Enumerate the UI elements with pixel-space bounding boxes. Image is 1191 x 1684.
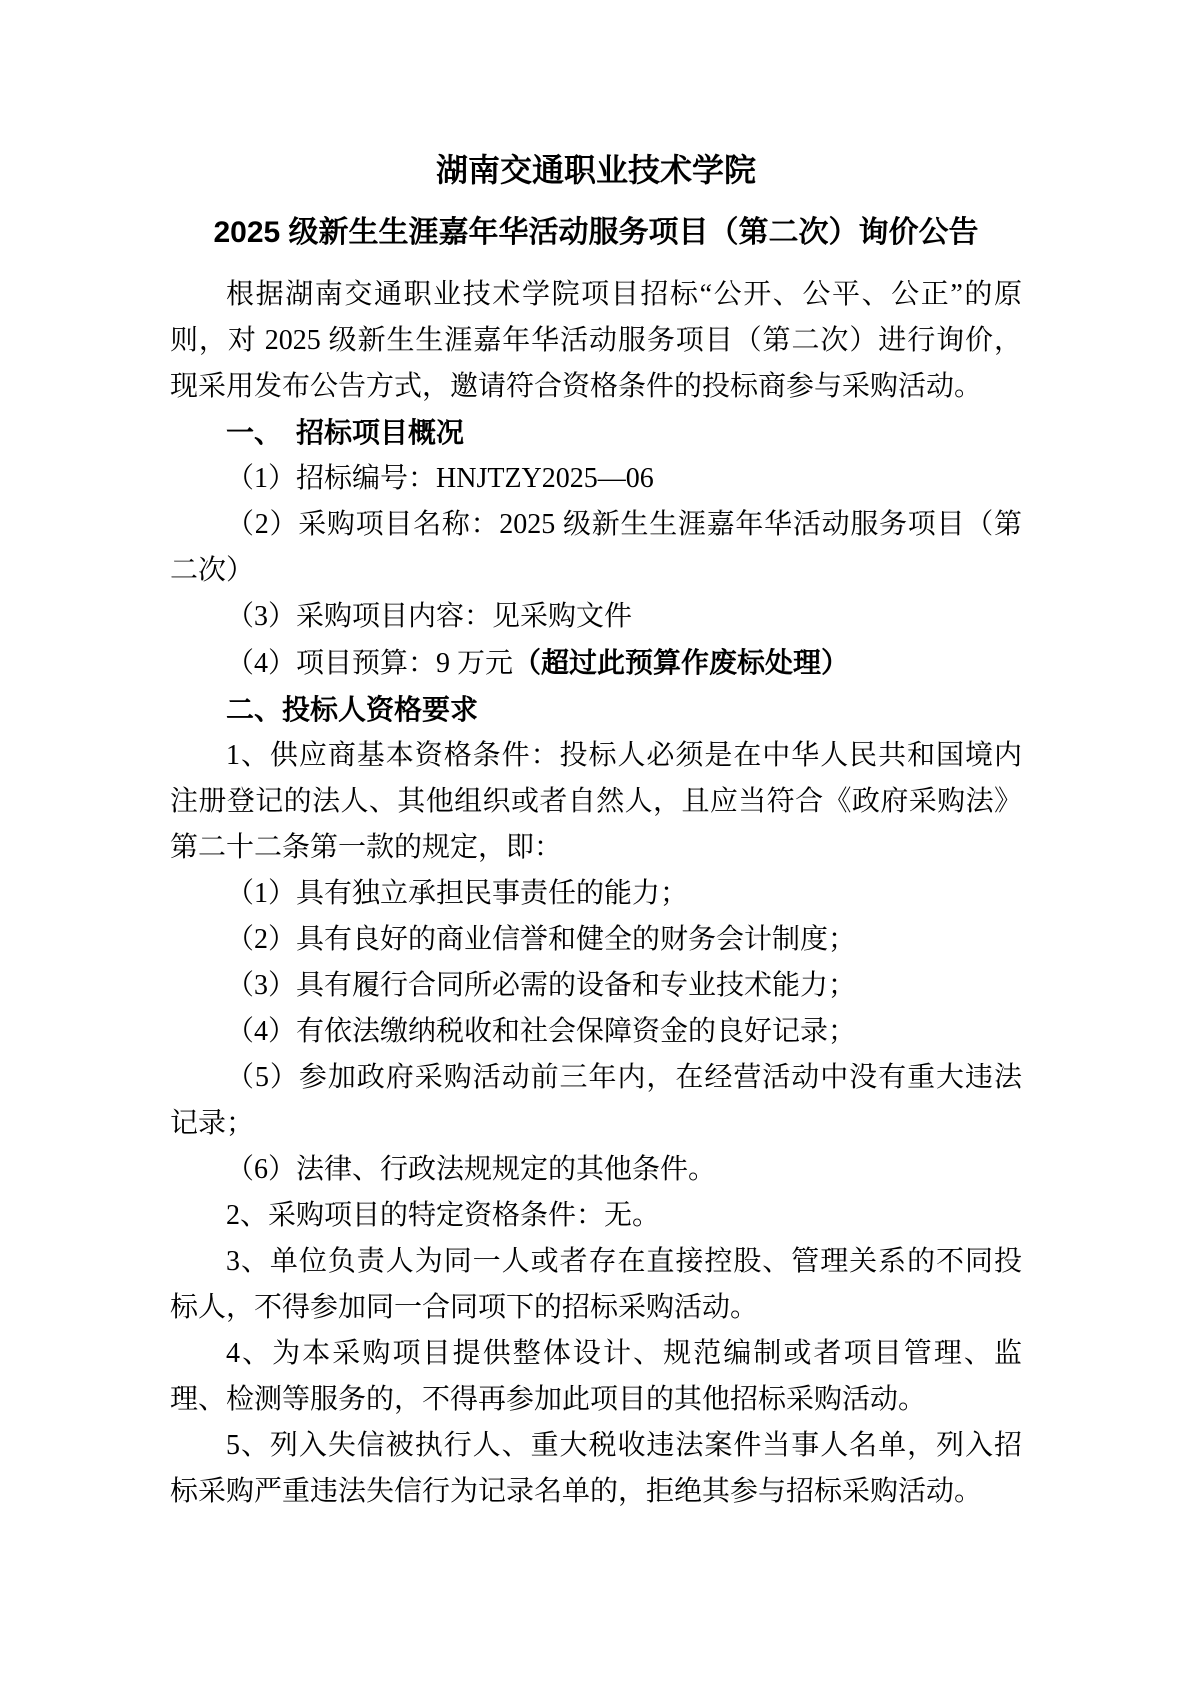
section2-item-basic-qualification: 1、供应商基本资格条件：投标人必须是在中华人民共和国境内注册登记的法人、其他组织… <box>170 733 1022 871</box>
qualification-sub-3: （3）具有履行合同所必需的设备和专业技术能力； <box>170 963 1022 1009</box>
section1-item-project-name: （2）采购项目名称：2025 级新生生涯嘉年华活动服务项目（第二次） <box>170 502 1022 594</box>
document-subtitle: 2025 级新生生涯嘉年华活动服务项目（第二次）询价公告 <box>170 202 1022 264</box>
qualification-sub-2: （2）具有良好的商业信誉和健全的财务会计制度； <box>170 917 1022 963</box>
budget-bold-note: （超过此预算作废标处理） <box>513 647 849 678</box>
document-content: 湖南交通职业技术学院 2025 级新生生涯嘉年华活动服务项目（第二次）询价公告 … <box>170 138 1022 1515</box>
section1-heading: 一、 招标项目概况 <box>170 410 1022 456</box>
section2-item-dishonesty-rule: 5、列入失信被执行人、重大税收违法案件当事人名单，列入招标采购严重违法失信行为记… <box>170 1423 1022 1515</box>
qualification-sub-6: （6）法律、行政法规规定的其他条件。 <box>170 1147 1022 1193</box>
section1-item-budget: （4）项目预算：9 万元（超过此预算作废标处理） <box>170 640 1022 687</box>
section2-item-same-leader-rule: 3、单位负责人为同一人或者存在直接控股、管理关系的不同投标人，不得参加同一合同项… <box>170 1239 1022 1331</box>
section2-heading: 二、投标人资格要求 <box>170 687 1022 733</box>
section1-item-tender-number: （1）招标编号：HNJTZY2025—06 <box>170 456 1022 502</box>
document-page: 湖南交通职业技术学院 2025 级新生生涯嘉年华活动服务项目（第二次）询价公告 … <box>0 0 1191 1684</box>
section2-item-specific-qualification: 2、采购项目的特定资格条件：无。 <box>170 1193 1022 1239</box>
budget-text: （4）项目预算：9 万元 <box>226 648 513 679</box>
qualification-sub-1: （1）具有独立承担民事责任的能力； <box>170 871 1022 917</box>
section2-item-design-service-rule: 4、为本采购项目提供整体设计、规范编制或者项目管理、监理、检测等服务的，不得再参… <box>170 1331 1022 1423</box>
section1-item-project-content: （3）采购项目内容：见采购文件 <box>170 594 1022 640</box>
qualification-sub-5: （5）参加政府采购活动前三年内，在经营活动中没有重大违法记录； <box>170 1055 1022 1147</box>
qualification-sub-4: （4）有依法缴纳税收和社会保障资金的良好记录； <box>170 1009 1022 1055</box>
intro-paragraph: 根据湖南交通职业技术学院项目招标“公开、公平、公正”的原则，对 2025 级新生… <box>170 272 1022 410</box>
document-title: 湖南交通职业技术学院 <box>170 138 1022 202</box>
